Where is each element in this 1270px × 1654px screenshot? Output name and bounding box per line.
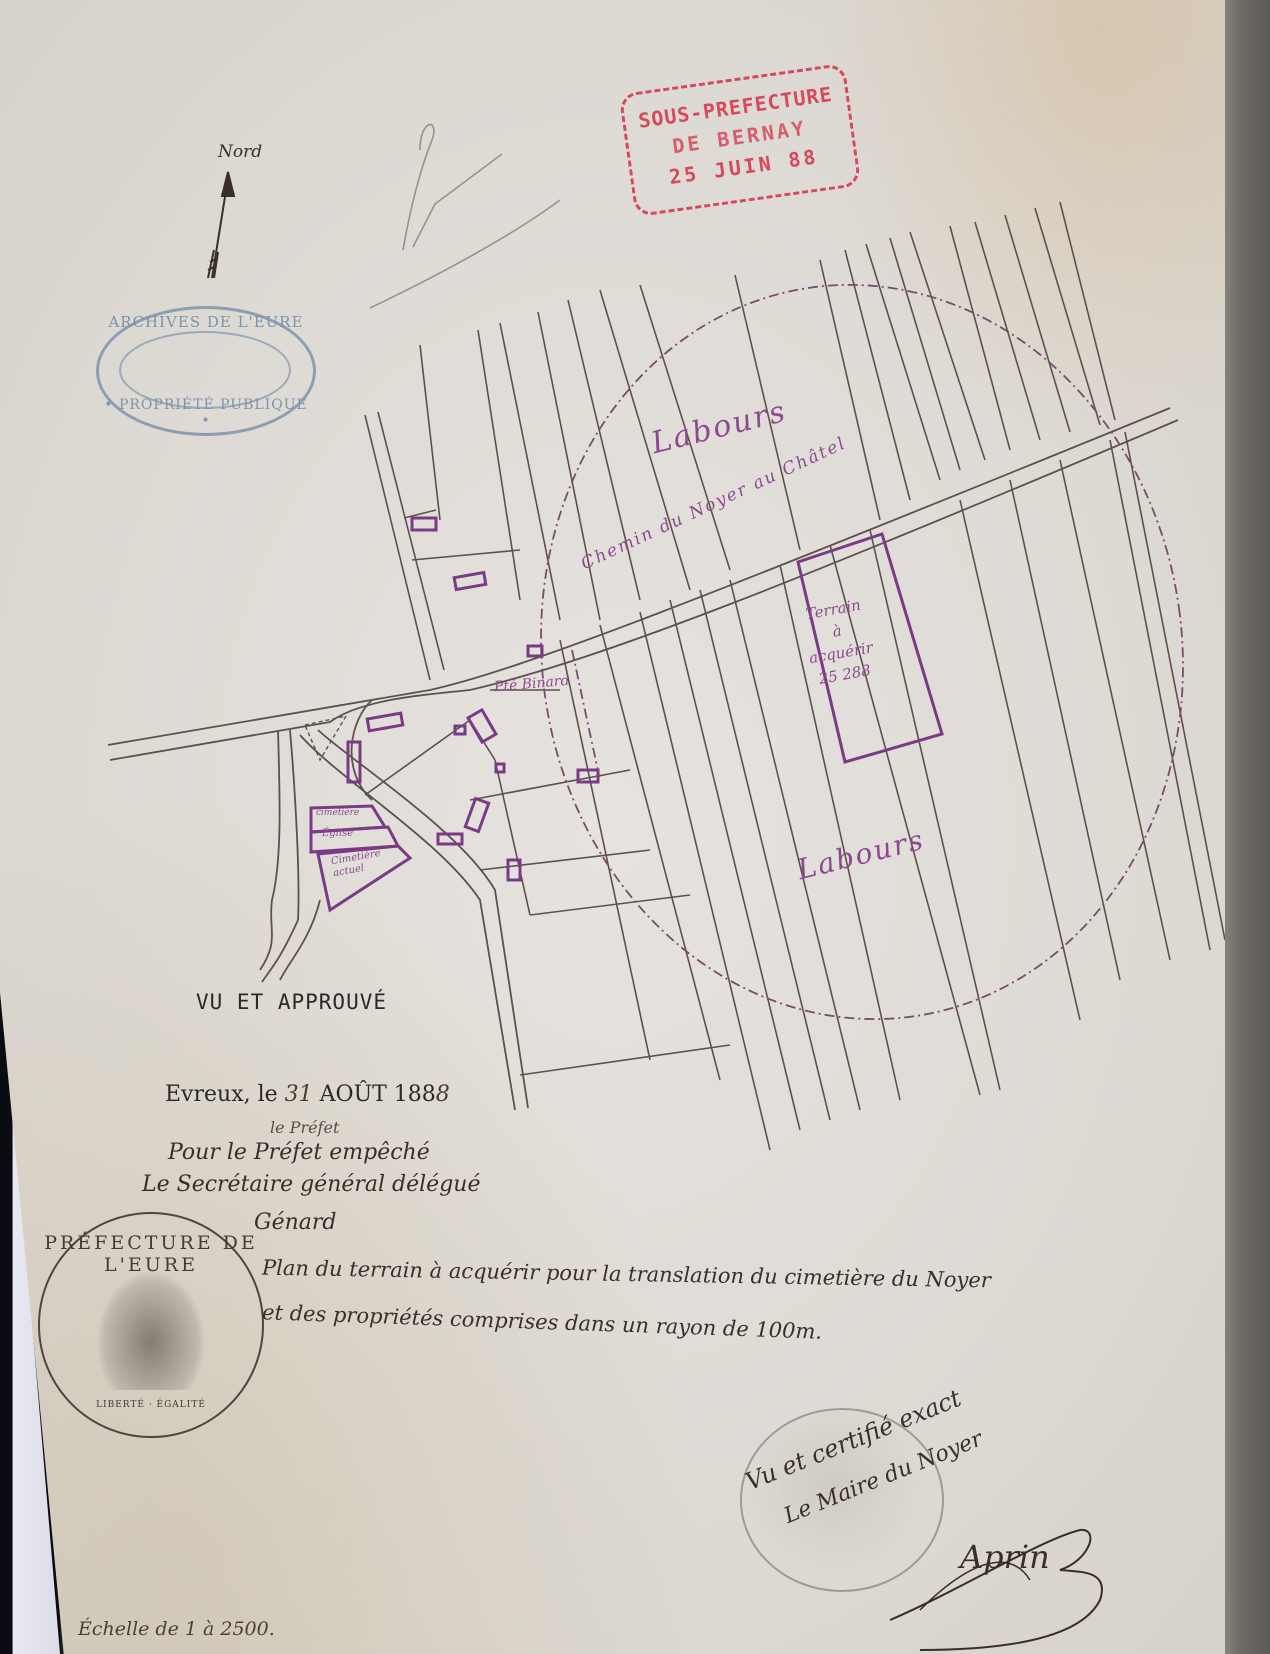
stamp-prefecture-de-l-eure: PRÉFECTURE DE L'EURE LIBERTÉ · ÉGALITÉ [38,1212,264,1438]
prefet-superscript: le Préfet [270,1118,339,1137]
date-year-hand: 8 [436,1082,450,1107]
label-old-cemetery: cimetière [316,808,359,818]
approval-stamp-text: VU ET APPROUVÉ [196,990,387,1014]
signature-flourish-icon [880,1500,1120,1654]
north-arrow-icon [208,172,234,278]
date-prefix: Evreux, le [165,1082,278,1107]
north-label: Nord [218,142,262,162]
approval-signature: Génard [254,1210,336,1235]
approval-date: Evreux, le 31 AOÛT 1888 [165,1082,450,1107]
approval-line-1: Pour le Préfet empêché [168,1140,430,1165]
stamp-archives-de-l-eure: ARCHIVES DE L'EURE • PROPRIÉTÉ PUBLIQUE … [96,306,316,436]
scale-label: Échelle de 1 à 2500. [78,1618,275,1640]
stamp-prefecture-motto: LIBERTÉ · ÉGALITÉ [40,1400,262,1410]
old-cemetery-line-1: cimetière [316,808,359,818]
date-day: 31 [285,1082,313,1107]
stamp-archives-top: ARCHIVES DE L'EURE [99,313,313,331]
date-month-year: AOÛT 188 [320,1082,436,1107]
marianne-seal-icon [96,1270,206,1390]
stamp-archives-bottom: • PROPRIÉTÉ PUBLIQUE • [99,397,313,429]
label-church: Église [322,828,353,839]
photo-backdrop-right [1222,0,1270,1654]
document-paper: SOUS-PREFECTURE DE BERNAY 25 JUIN 88 ARC… [0,0,1225,1654]
approval-line-2: Le Secrétaire général délégué [142,1172,480,1197]
label-terrain-a-acquerir: Terrain à acquérir 25 288 [797,593,881,692]
